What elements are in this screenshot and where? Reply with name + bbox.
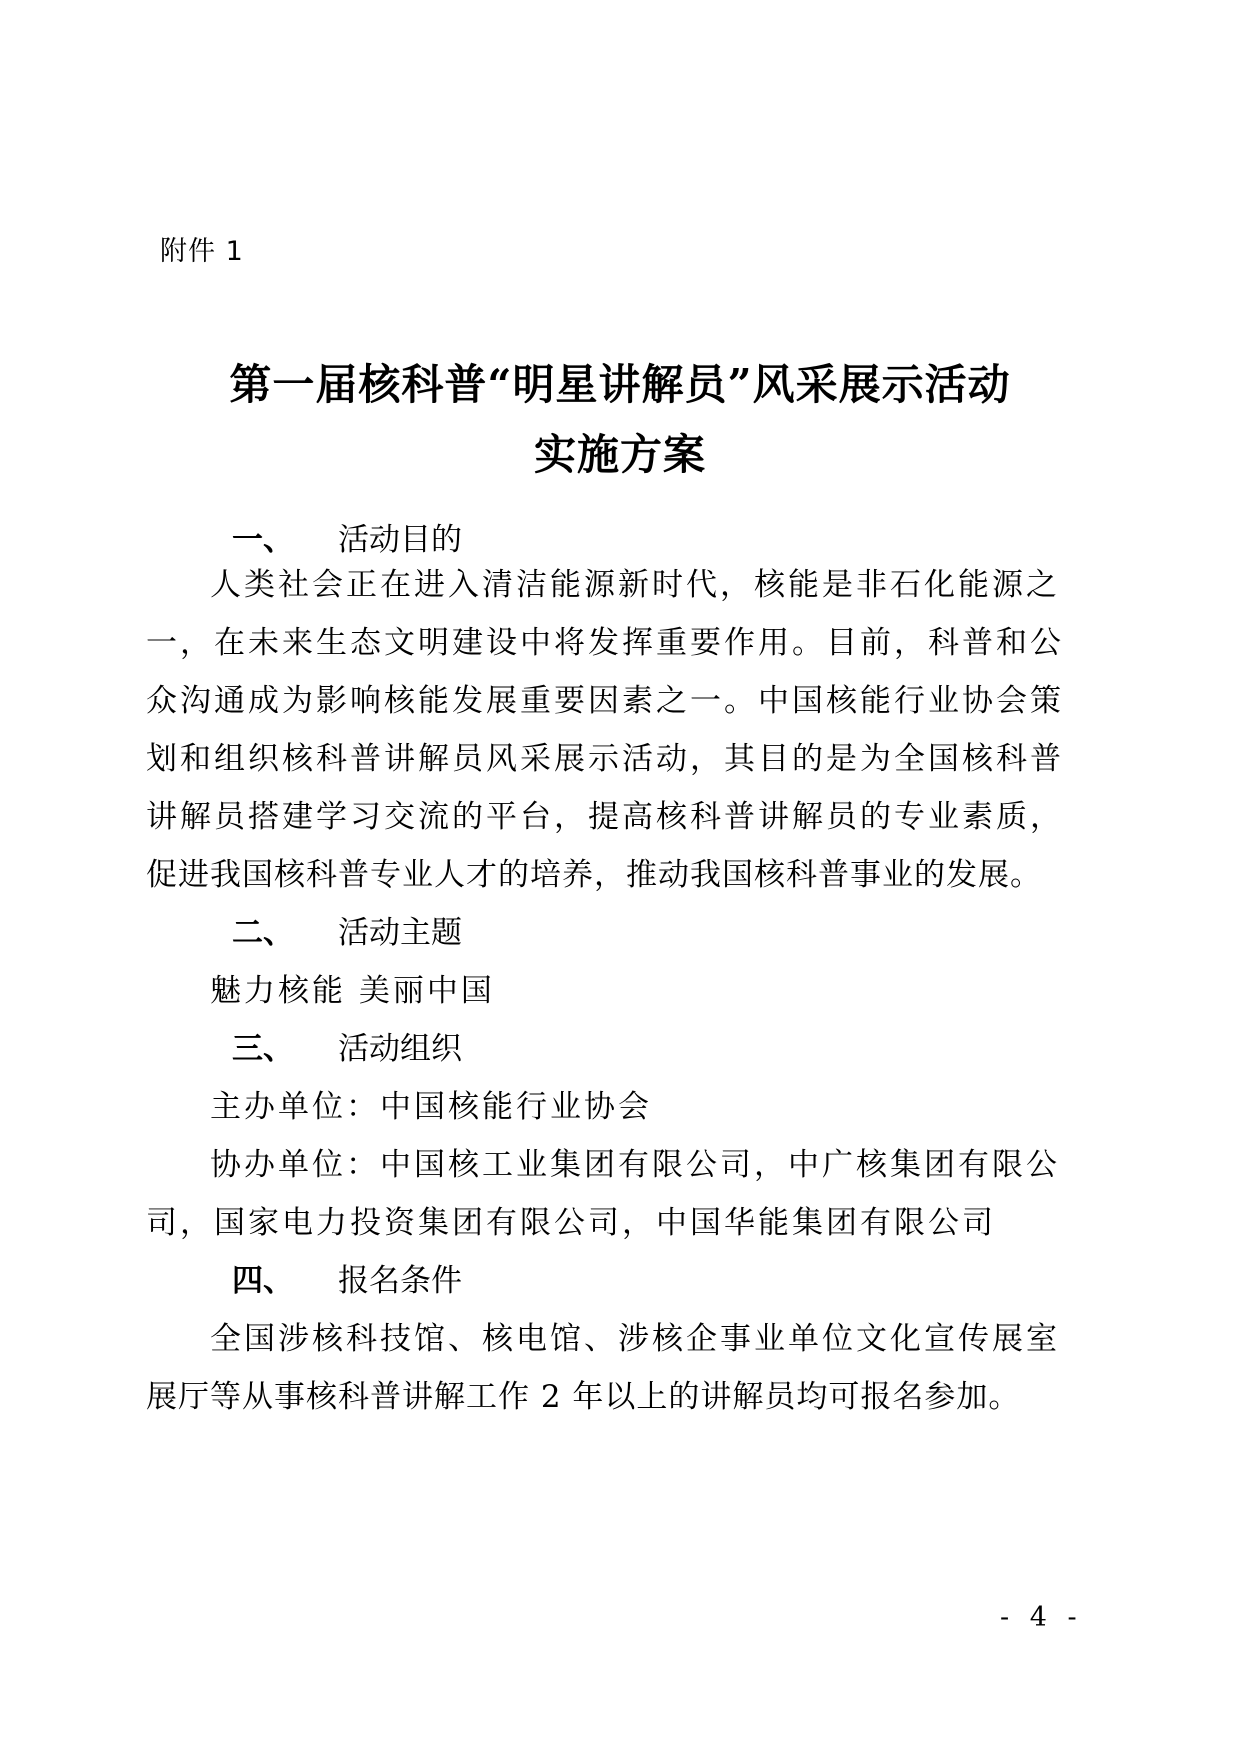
section-heading-purpose: 一、 活动目的	[232, 518, 462, 562]
co-organizer-line: 协办单位：中国核工业集团有限公司，中广核集团有限公	[210, 1143, 1060, 1187]
section-heading-eligibility: 四、 报名条件	[232, 1259, 462, 1303]
document-title-line-2: 实施方案	[140, 425, 1100, 485]
section-number: 一、	[232, 518, 338, 562]
paragraph-line: 展厅等从事核科普讲解工作 2 年以上的讲解员均可报名参加。	[146, 1375, 1020, 1419]
section-title: 活动组织	[338, 1027, 462, 1071]
attachment-label: 附件 1	[160, 232, 244, 272]
co-organizer-line-continued: 司，国家电力投资集团有限公司，中国华能集团有限公司	[146, 1201, 996, 1245]
section-title: 活动目的	[338, 518, 462, 562]
section-heading-theme: 二、 活动主题	[232, 911, 462, 955]
paragraph-line: 促进我国核科普专业人才的培养，推动我国核科普事业的发展。	[146, 853, 1042, 897]
section-heading-organization: 三、 活动组织	[232, 1027, 462, 1071]
paragraph-line: 划和组织核科普讲解员风采展示活动，其目的是为全国核科普	[146, 737, 1064, 781]
paragraph-line: 众沟通成为影响核能发展重要因素之一。中国核能行业协会策	[146, 679, 1064, 723]
section-number: 三、	[232, 1027, 338, 1071]
paragraph-line: 全国涉核科技馆、核电馆、涉核企事业单位文化宣传展室	[210, 1317, 1060, 1361]
document-page: 附件 1 第一届核科普“明星讲解员”风采展示活动 实施方案 一、 活动目的 人类…	[0, 0, 1241, 1754]
theme-text: 魅力核能 美丽中国	[210, 969, 495, 1013]
organizer-line: 主办单位：中国核能行业协会	[210, 1085, 652, 1129]
section-title: 报名条件	[338, 1259, 462, 1303]
section-number: 二、	[232, 911, 338, 955]
document-title-line-1: 第一届核科普“明星讲解员”风采展示活动	[140, 355, 1100, 415]
paragraph-line: 讲解员搭建学习交流的平台，提高核科普讲解员的专业素质，	[146, 795, 1064, 839]
section-title: 活动主题	[338, 911, 462, 955]
page-number: - 4 -	[1000, 1600, 1083, 1636]
paragraph-line: 一，在未来生态文明建设中将发挥重要作用。目前，科普和公	[146, 621, 1064, 665]
paragraph-line: 人类社会正在进入清洁能源新时代，核能是非石化能源之	[210, 563, 1060, 607]
section-number: 四、	[232, 1259, 338, 1303]
